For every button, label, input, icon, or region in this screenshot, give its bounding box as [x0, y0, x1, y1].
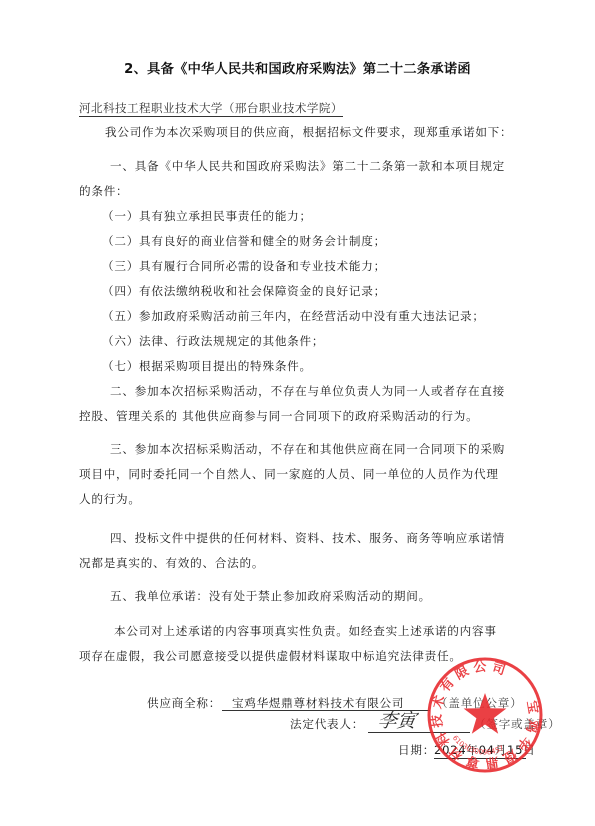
addressee-text: 河北科技工程职业技术大学（邢台职业技术学院） — [79, 101, 343, 117]
clause-1-line-1: 一、具备《中华人民共和国政府采购法》第二十二条第一款和本项目规定 — [110, 158, 505, 174]
addressee: 河北科技工程职业技术大学（邢台职业技术学院） — [79, 100, 343, 116]
condition-item-3: （三）具有履行合同所必需的设备和专业技术能力； — [102, 258, 386, 274]
supplier-name-label: 供应商全称： — [147, 695, 221, 711]
closing-line-1: 本公司对上述承诺的内容事项真实性负责。如经查实上述承诺的内容事 — [114, 623, 497, 639]
clause-3-line-1: 三、参加本次招标采购活动，不存在和其他供应商在同一合同项下的采购 — [110, 441, 505, 457]
condition-item-2: （二）具有良好的商业信誉和健全的财务会计制度； — [102, 233, 386, 249]
intro-paragraph: 我公司作为本次采购项目的供应商，根据招标文件要求，现郑重承诺如下： — [105, 124, 512, 140]
condition-item-7: （七）根据采购项目提出的特殊条件。 — [102, 358, 312, 374]
clause-4-line-1: 四、投标文件中提供的任何材料、资料、技术、服务、商务等响应承诺情 — [110, 530, 505, 546]
clause-3-line-2: 项目中，同时委托同一个自然人、同一家庭的人员、同一单位的人员作为代理 — [79, 466, 499, 482]
company-seal-stamp: 宝鸡华煜鼎尊材料技术有限公司 6103030098457 — [425, 655, 545, 775]
clause-2-line-1: 二、参加本次招标采购活动，不存在与单位负责人为同一人或者存在直接 — [110, 383, 505, 399]
condition-item-4: （四）有依法缴纳税收和社会保障资金的良好记录； — [102, 283, 386, 299]
seal-star-icon — [464, 693, 507, 734]
legal-rep-label: 法定代表人： — [290, 716, 364, 732]
clause-5: 五、我单位承诺：没有处于禁止参加政府采购活动的期间。 — [110, 588, 431, 604]
clause-3-line-3: 人的行为。 — [79, 491, 141, 507]
condition-item-1: （一）具有独立承担民事责任的能力； — [102, 208, 312, 224]
document-title: 2、具备《中华人民共和国政府采购法》第二十二条承诺函 — [0, 58, 595, 77]
clause-2-line-2: 控股、管理关系的 其他供应商参与同一合同项下的政府采购活动的行为。 — [79, 408, 478, 424]
condition-item-6: （六）法律、行政法规规定的其他条件； — [102, 333, 324, 349]
closing-line-2: 项存在虚假，我公司愿意接受以提供虚假材料谋取中标追究法律责任。 — [79, 648, 462, 664]
clause-1-line-2: 的条件： — [79, 183, 128, 199]
condition-item-5: （五）参加政府采购活动前三年内，在经营活动中没有重大违法记录； — [102, 308, 485, 324]
clause-4-line-2: 况都是真实的、有效的、合法的。 — [79, 555, 264, 571]
handwritten-signature: 李寅 — [376, 706, 418, 733]
